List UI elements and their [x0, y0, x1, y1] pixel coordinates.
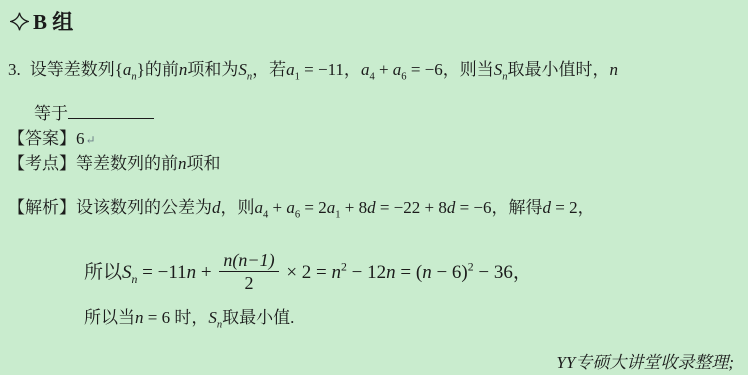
math-run: = −6，	[407, 60, 460, 79]
text-run: ，则	[221, 198, 255, 217]
math-var: d	[367, 198, 376, 217]
math-var: a	[286, 60, 295, 79]
math-var: a	[327, 198, 336, 217]
math-run: = 2	[300, 198, 327, 217]
text-run: 项和	[187, 154, 221, 173]
answer-label: 【答案】	[8, 129, 76, 148]
footer-text: YY专硕大讲堂收录整理;	[556, 353, 734, 372]
math-run: = −11，	[300, 60, 361, 79]
math-var: n	[386, 262, 396, 283]
formula-line: 所以Sn = −11n + n(n−1)2 × 2 = n2 − 12n = (…	[84, 252, 532, 295]
math-run: − 36	[474, 262, 513, 283]
text-run: 项和为	[187, 60, 238, 79]
section-title: B 组	[33, 6, 73, 36]
section-header: B 组	[10, 6, 73, 36]
math-var: n	[422, 262, 432, 283]
footer-credit: YY专硕大讲堂收录整理;	[556, 348, 734, 373]
text-run: 所以当	[84, 308, 135, 327]
text-run: 等于	[34, 104, 68, 123]
math-var: n	[178, 154, 187, 173]
text-run: }的前	[137, 60, 179, 79]
math-var: S	[208, 308, 217, 327]
math-var: n	[135, 308, 144, 327]
text-run: ，	[578, 198, 595, 217]
topic-line: 【考点】等差数列的前n项和	[8, 152, 221, 175]
text-run: 所以	[84, 262, 122, 283]
analysis-line: 【解析】设该数列的公差为d，则a4 + a6 = 2a1 + 8d = −22 …	[8, 196, 595, 219]
fraction-numerator: n(n−1)	[219, 250, 278, 272]
return-mark-icon: ↵	[86, 133, 96, 147]
math-var: n	[610, 60, 619, 79]
text-run: 设等差数列{	[30, 60, 123, 79]
answer-line: 【答案】6↵	[8, 127, 96, 152]
fraction-denominator: 2	[244, 272, 253, 293]
conclusion-line: 所以当n = 6 时，Sn取最小值.	[84, 306, 294, 329]
answer-value: 6	[76, 129, 85, 148]
math-var: S	[494, 60, 503, 79]
text-run: ，解得	[492, 198, 543, 217]
math-run: − 12	[347, 262, 386, 283]
problem-statement-line1: 3.设等差数列{an}的前n项和为Sn，若a1 = −11，a4 + a6 = …	[8, 58, 618, 81]
topic-label: 【考点】	[8, 154, 76, 173]
text-run: 则当	[460, 60, 494, 79]
math-var: a	[286, 198, 295, 217]
math-run: +	[196, 262, 216, 283]
fraction: n(n−1)2	[219, 250, 278, 293]
math-var: n	[332, 262, 342, 283]
text-run: 取最小值.	[222, 308, 294, 327]
math-var: S	[238, 60, 247, 79]
analysis-label: 【解析】	[8, 198, 76, 217]
math-var: d	[212, 198, 221, 217]
math-run: = −6	[455, 198, 491, 217]
problem-statement-line2: 等于	[34, 102, 154, 125]
problem-number: 3.	[8, 60, 21, 79]
text-run: 取最小值时，	[508, 60, 610, 79]
math-run: − 6)	[432, 262, 468, 283]
text-run: ，若	[252, 60, 286, 79]
math-run: = (	[396, 262, 423, 283]
text-run: 等差数列的前	[76, 154, 178, 173]
math-run: = −22 + 8	[376, 198, 447, 217]
math-var: S	[122, 262, 132, 283]
math-run: +	[268, 198, 286, 217]
math-var: a	[255, 198, 264, 217]
four-pointed-star-icon	[10, 12, 29, 31]
math-var: n	[187, 262, 197, 283]
math-run: +	[375, 60, 393, 79]
math-run: = 2	[551, 198, 578, 217]
math-run: = −11	[137, 262, 186, 283]
text-run: ，	[513, 262, 532, 283]
answer-blank	[68, 103, 154, 119]
math-run: = 6 时，	[144, 308, 209, 327]
math-run: + 8	[340, 198, 367, 217]
math-var: d	[543, 198, 552, 217]
text-run: 设该数列的公差为	[76, 198, 212, 217]
math-run: × 2 =	[282, 262, 332, 283]
